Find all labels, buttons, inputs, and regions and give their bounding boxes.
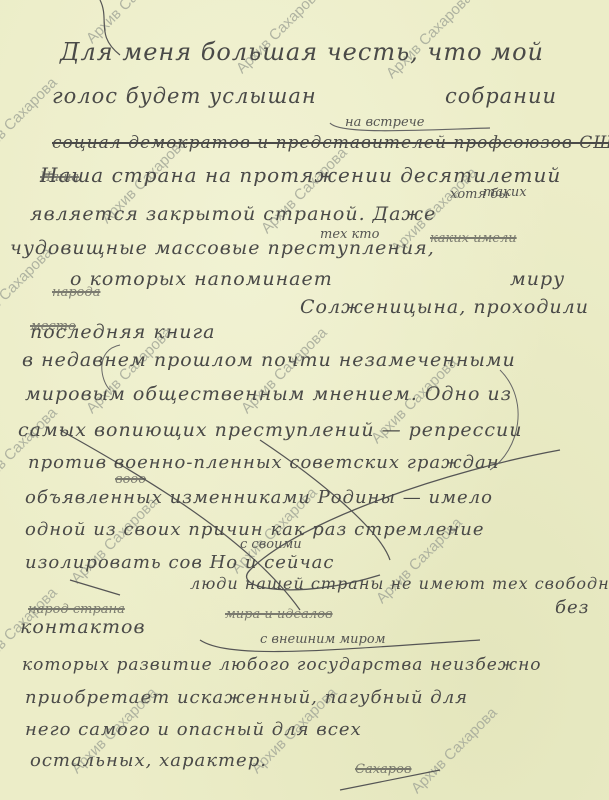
handwritten-line: Солженицына, проходили — [300, 296, 589, 318]
handwritten-line: о которых напоминает — [70, 268, 333, 290]
handwritten-line: собрании — [445, 84, 557, 108]
struck-text: каких имели — [430, 231, 517, 246]
handwritten-line: является закрытой страной. Даже — [30, 203, 436, 225]
struck-text: место — [30, 319, 76, 334]
handwritten-line: Наша страна на протяжении десятилетий — [40, 163, 561, 187]
insertion-text: на встрече — [345, 115, 424, 130]
insertion-text: хотя бы — [450, 187, 509, 202]
manuscript-page: Архив СахароваАрхив СахароваАрхив Сахаро… — [0, 0, 609, 800]
handwritten-line: него самого и опасный для всех — [25, 719, 362, 740]
insertion-text: с своими — [240, 537, 302, 552]
struck-text: народа — [52, 285, 100, 300]
handwritten-line: без — [555, 597, 589, 618]
handwritten-line: контактов — [20, 616, 146, 638]
handwritten-line: люди нашей страны не имеют тех свободных — [190, 574, 609, 593]
struck-text: вооо — [115, 472, 146, 487]
handwritten-line: мировым общественным мнением. Одно из — [25, 383, 512, 405]
handwritten-line: миру — [510, 268, 565, 290]
handwritten-line: самых вопиющих преступлений — репрессии — [18, 419, 522, 441]
handwritten-line: голос будет услышан — [52, 84, 317, 108]
insertion-text: с внешним миром — [260, 632, 385, 647]
struck-text: народ страна — [28, 602, 125, 617]
handwritten-line: против военно-пленных советских граждан — [28, 452, 500, 473]
handwritten-line: приобретает искаженный, пагубный для — [25, 687, 468, 708]
handwritten-line: социал-демократов и представителей профс… — [52, 133, 609, 153]
struck-text: Сахаров — [355, 762, 412, 777]
struck-text: Наша — [40, 170, 79, 185]
handwritten-line: изолировать сов Но и сейчас — [25, 552, 334, 573]
handwritten-line: объявленных изменниками Родины — имело — [25, 487, 493, 508]
struck-text: мира и идеалов — [225, 607, 333, 622]
insertion-text: тех кто — [320, 227, 379, 242]
handwritten-line: в недавнем прошлом почти незамеченными — [22, 349, 516, 371]
handwritten-line: Для меня большая честь, что мой — [60, 38, 544, 66]
handwritten-line: которых развитие любого государства неиз… — [22, 655, 542, 675]
handwritten-line: остальных, характер. — [30, 750, 267, 771]
